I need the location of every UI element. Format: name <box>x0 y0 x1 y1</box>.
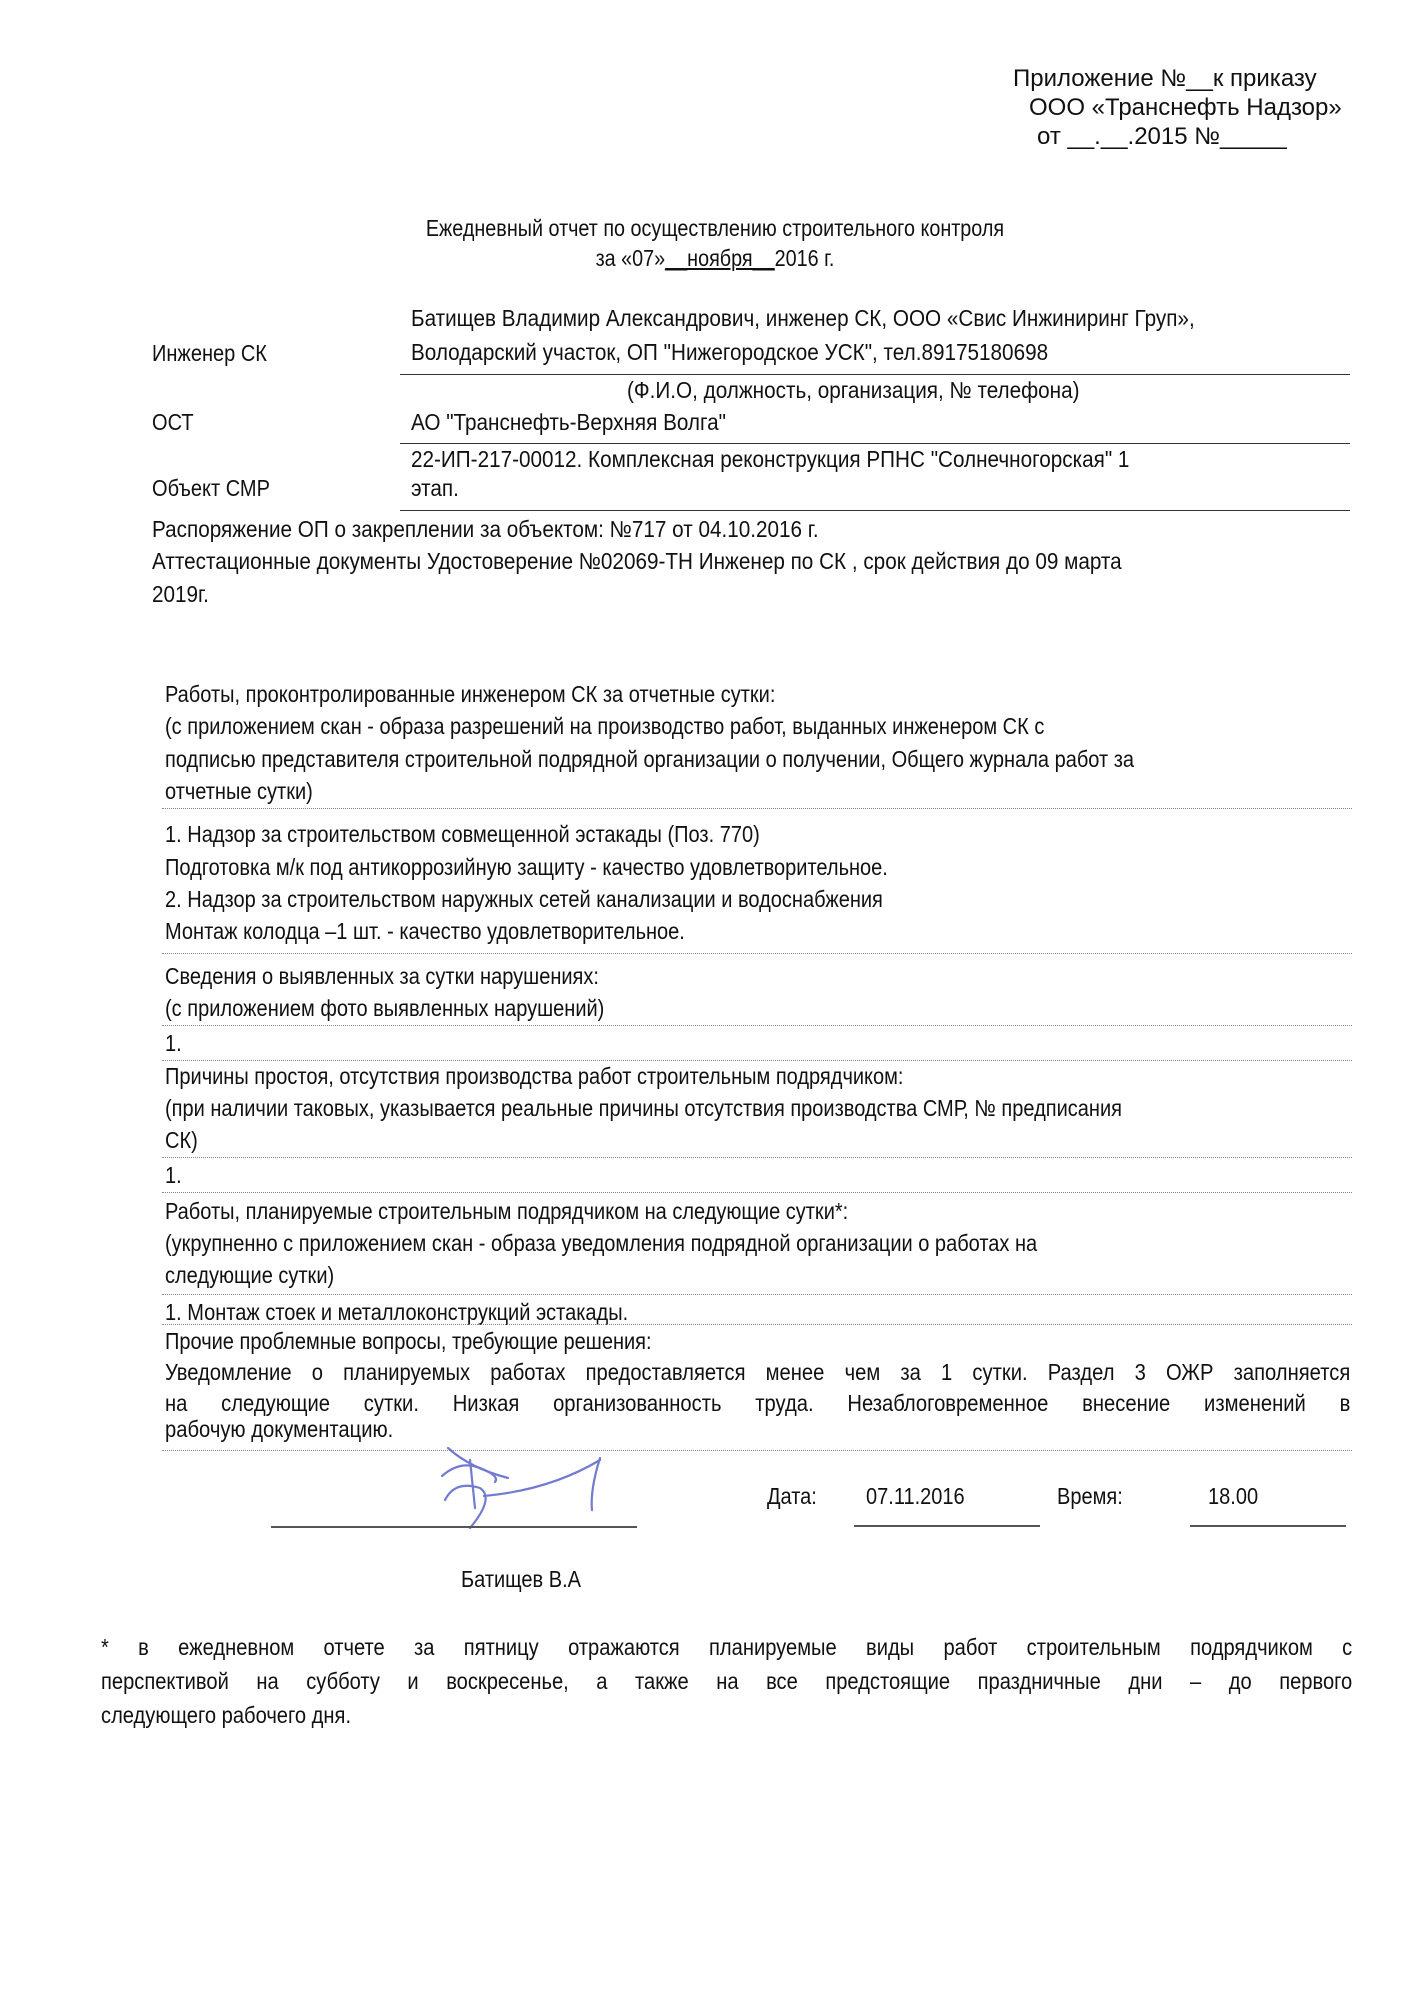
object-label: Объект СМР <box>152 473 270 503</box>
section-note: (при наличии таковых, указывается реальн… <box>165 1093 1122 1123</box>
divider <box>162 1450 1352 1451</box>
section-note: подписью представителя строительной подр… <box>165 744 1134 774</box>
object-value-line-2: этап. <box>411 473 459 503</box>
appendix-line-2: ООО «Транснефть Надзор» <box>1029 93 1342 122</box>
divider <box>162 953 1352 954</box>
section-heading: Работы, проконтролированные инженером СК… <box>165 679 775 709</box>
section-heading: Сведения о выявленных за сутки нарушения… <box>165 961 599 991</box>
date-label: Дата: <box>767 1481 817 1511</box>
list-item: Монтаж колодца –1 шт. - качество удовлет… <box>165 916 685 946</box>
report-year: 2016 г. <box>775 245 835 271</box>
ost-label: ОСТ <box>152 407 194 437</box>
handwritten-signature-icon <box>440 1440 660 1540</box>
report-day: за «07» <box>596 245 666 271</box>
issues-line: рабочую документацию. <box>165 1414 1350 1444</box>
signer-name: Батищев В.А <box>461 1564 581 1594</box>
time-label: Время: <box>1057 1481 1123 1511</box>
date-value: 07.11.2016 <box>866 1481 965 1511</box>
section-note: следующие сутки) <box>165 1260 334 1290</box>
time-value: 18.00 <box>1208 1481 1258 1511</box>
section-heading: Причины простоя, отсутствия производства… <box>165 1061 903 1091</box>
list-item: 1. <box>165 1160 182 1190</box>
engineer-value-line-1: Батищев Владимир Александрович, инженер … <box>411 303 1195 333</box>
footnote-line: перспективой на субботу и воскресенье, а… <box>101 1664 1352 1698</box>
engineer-value-line-2: Володарский участок, ОП "Нижегородское У… <box>411 337 1048 367</box>
signature-line <box>271 1526 637 1528</box>
attestation-line-2: 2019г. <box>152 579 209 609</box>
date-underline <box>854 1525 1040 1527</box>
divider <box>162 1157 1352 1158</box>
divider <box>162 1324 1352 1325</box>
section-note: отчетные сутки) <box>165 776 313 806</box>
appendix-line-1: Приложение №__к приказу <box>1013 64 1317 93</box>
footnote-line: следующего рабочего дня. <box>101 1698 1352 1732</box>
appendix-line-3: от __.__.2015 №_____ <box>1037 122 1287 151</box>
section-note: (укрупненно с приложением скан - образа … <box>165 1228 1037 1258</box>
assignment-order: Распоряжение ОП о закреплении за объекто… <box>152 514 819 544</box>
list-item: 1. <box>165 1028 182 1058</box>
object-value-line-1: 22-ИП-217-00012. Комплексная реконструкц… <box>411 444 1129 474</box>
section-heading: Прочие проблемные вопросы, требующие реш… <box>165 1326 652 1356</box>
list-item: 2. Надзор за строительством наружных сет… <box>165 884 883 914</box>
divider <box>162 1025 1352 1026</box>
section-note: СК) <box>165 1125 198 1155</box>
section-note: (с приложением фото выявленных нарушений… <box>165 993 604 1023</box>
document-subtitle: за «07»__ноября__2016 г. <box>328 243 1102 273</box>
issues-text: Уведомление о планируемых работах предос… <box>165 1357 1350 1444</box>
document-title: Ежедневный отчет по осуществлению строит… <box>328 213 1102 243</box>
divider <box>162 1294 1352 1295</box>
footnote-line: * в ежедневном отчете за пятницу отражаю… <box>101 1630 1352 1664</box>
divider <box>162 1192 1352 1193</box>
engineer-label: Инженер СК <box>152 338 267 368</box>
list-item: Подготовка м/к под антикоррозийную защит… <box>165 852 888 882</box>
object-underline <box>400 510 1350 511</box>
engineer-caption: (Ф.И.О, должность, организация, № телефо… <box>627 375 1080 405</box>
report-month: __ноября__ <box>665 245 774 271</box>
divider <box>162 808 1352 809</box>
ost-value: АО "Транснефть-Верхняя Волга" <box>411 407 726 437</box>
issues-line: Уведомление о планируемых работах предос… <box>165 1357 1350 1387</box>
section-note: (с приложением скан - образа разрешений … <box>165 711 1044 741</box>
list-item: 1. Монтаж стоек и металлоконструкций эст… <box>165 1297 628 1327</box>
footnote: * в ежедневном отчете за пятницу отражаю… <box>101 1630 1352 1732</box>
section-heading: Работы, планируемые строительным подрядч… <box>165 1196 848 1226</box>
list-item: 1. Надзор за строительством совмещенной … <box>165 819 760 849</box>
attestation-line-1: Аттестационные документы Удостоверение №… <box>152 546 1122 576</box>
time-underline <box>1190 1525 1346 1527</box>
